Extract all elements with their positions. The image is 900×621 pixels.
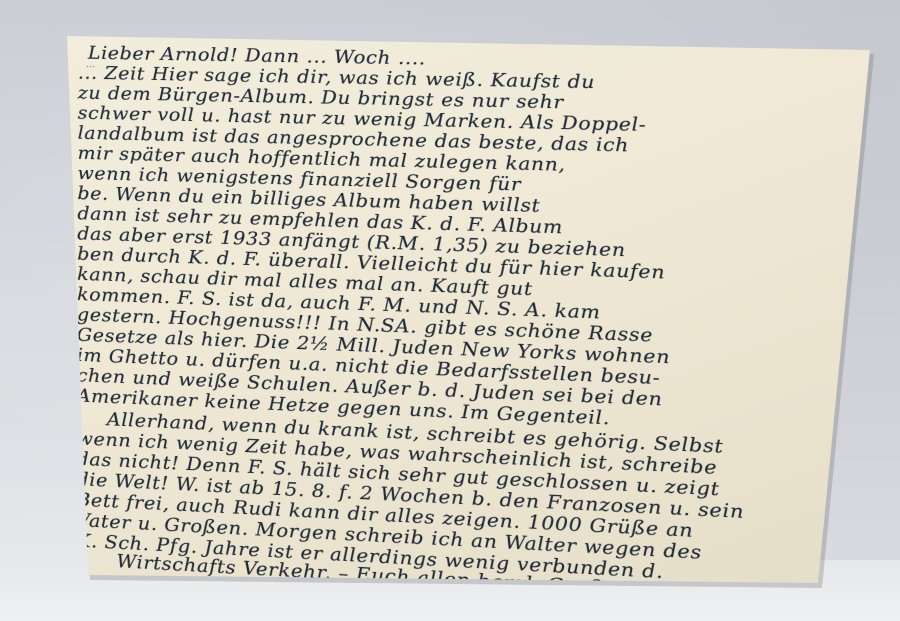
postcard: Lieber Arnold! Dann ... Woch .... ... ..… [0,0,900,621]
postcard-text-area: Lieber Arnold! Dann ... Woch .... ... ..… [76,42,900,621]
